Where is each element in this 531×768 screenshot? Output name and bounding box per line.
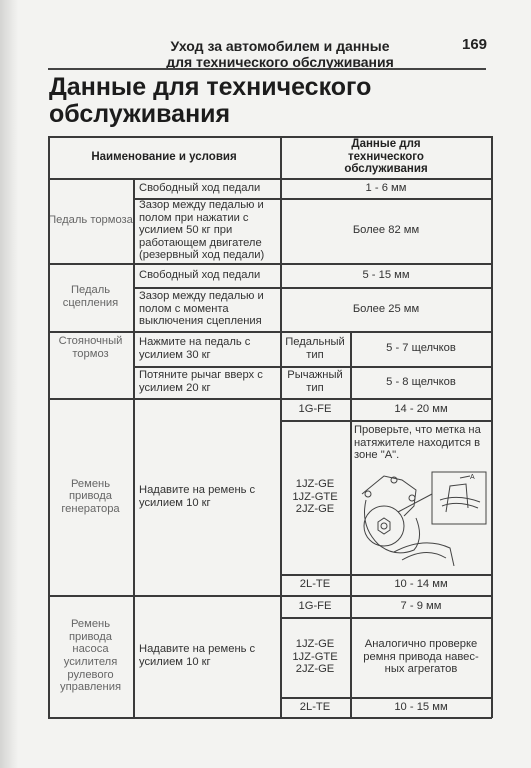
grid-line	[48, 136, 50, 718]
power-steering-belt-condition: Надавите на ремень с усилием 10 кг	[133, 595, 280, 717]
grid-line	[133, 287, 492, 289]
running-header-line1: Уход за автомобилем и данные	[130, 38, 430, 54]
alternator-belt-condition: Надавите на ремень с усилием 10 кг	[133, 398, 280, 595]
brake-reserve-value: Более 82 мм	[280, 198, 492, 263]
grid-line	[133, 178, 135, 718]
header-rule	[48, 68, 486, 70]
grid-line	[280, 136, 282, 718]
row-parking-brake-name: Стояночный тормоз	[48, 331, 133, 398]
col-header-name: Наименование и условия	[48, 136, 280, 178]
row-power-steering-belt-name: Ремень привода насоса усилителя рулевого…	[48, 595, 133, 717]
maintenance-data-table: Наименование и условия Данные для технич…	[48, 136, 492, 718]
running-header: Уход за автомобилем и данные для техниче…	[130, 38, 430, 70]
alt-engine-2lte: 2L-TE	[280, 574, 350, 595]
alt-engine-1gfe: 1G-FE	[280, 398, 350, 420]
ps-value-1gfe: 7 - 9 мм	[350, 595, 492, 617]
parking-pedal-value: 5 - 7 щелчков	[350, 331, 492, 366]
row-brake-pedal-name: Педаль тормоза	[48, 178, 133, 263]
ps-engine-jz: 1JZ-GE 1JZ-GTE 2JZ-GE	[280, 617, 350, 697]
parking-pedal-label: Нажмите на педаль с усилием 30 кг	[133, 331, 280, 366]
section-title-line2: обслуживания	[49, 101, 371, 128]
clutch-gap-value: Более 25 мм	[280, 287, 492, 331]
alt-value-jz: Проверьте, что метка на натяжителе наход…	[350, 420, 492, 470]
grid-line	[491, 136, 493, 718]
ps-engine-2lte: 2L-TE	[280, 697, 350, 718]
section-title-line1: Данные для технического	[49, 74, 371, 101]
grid-line	[48, 178, 492, 180]
grid-line	[280, 574, 492, 576]
grid-line	[48, 136, 492, 138]
alt-engine-jz: 1JZ-GE 1JZ-GTE 2JZ-GE	[280, 420, 350, 574]
grid-line	[133, 198, 492, 200]
grid-line	[350, 331, 352, 718]
ps-engine-1gfe: 1G-FE	[280, 595, 350, 617]
parking-lever-value: 5 - 8 щелчков	[350, 366, 492, 398]
parking-pedal-type: Педальный тип	[280, 331, 350, 366]
ps-value-jz: Аналогично проверке ремня привода навес-…	[350, 617, 492, 697]
row-alternator-belt-name: Ремень привода генератора	[48, 398, 133, 595]
grid-line	[280, 617, 492, 619]
parking-lever-type: Рычажный тип	[280, 366, 350, 398]
brake-reserve-label: Зазор между педалью и полом при нажатии …	[133, 198, 280, 263]
svg-text:A: A	[470, 474, 475, 481]
alt-value-2lte: 10 - 14 мм	[350, 574, 492, 595]
page-number: 169	[462, 36, 487, 53]
grid-line	[48, 331, 492, 333]
brake-free-play-value: 1 - 6 мм	[280, 178, 492, 198]
grid-line	[280, 420, 492, 422]
grid-line	[48, 595, 492, 597]
col-header-data: Данные для технического обслуживания	[280, 136, 492, 178]
grid-line	[48, 263, 492, 265]
grid-line	[280, 697, 492, 699]
clutch-gap-label: Зазор между педалью и полом с момента вы…	[133, 287, 280, 331]
brake-free-play-label: Свободный ход педали	[133, 178, 280, 198]
grid-line	[48, 398, 492, 400]
clutch-free-play-label: Свободный ход педали	[133, 263, 280, 287]
section-title: Данные для технического обслуживания	[49, 74, 371, 128]
page-gutter-shadow	[0, 0, 18, 768]
row-clutch-pedal-name: Педаль сцепления	[48, 263, 133, 331]
ps-value-2lte: 10 - 15 мм	[350, 697, 492, 718]
parking-lever-label: Потяните рычаг вверх с усилием 20 кг	[133, 366, 280, 398]
grid-line	[48, 717, 492, 719]
clutch-free-play-value: 5 - 15 мм	[280, 263, 492, 287]
tensioner-diagram-icon: A	[354, 466, 488, 566]
alt-value-1gfe: 14 - 20 мм	[350, 398, 492, 420]
grid-line	[133, 366, 492, 368]
